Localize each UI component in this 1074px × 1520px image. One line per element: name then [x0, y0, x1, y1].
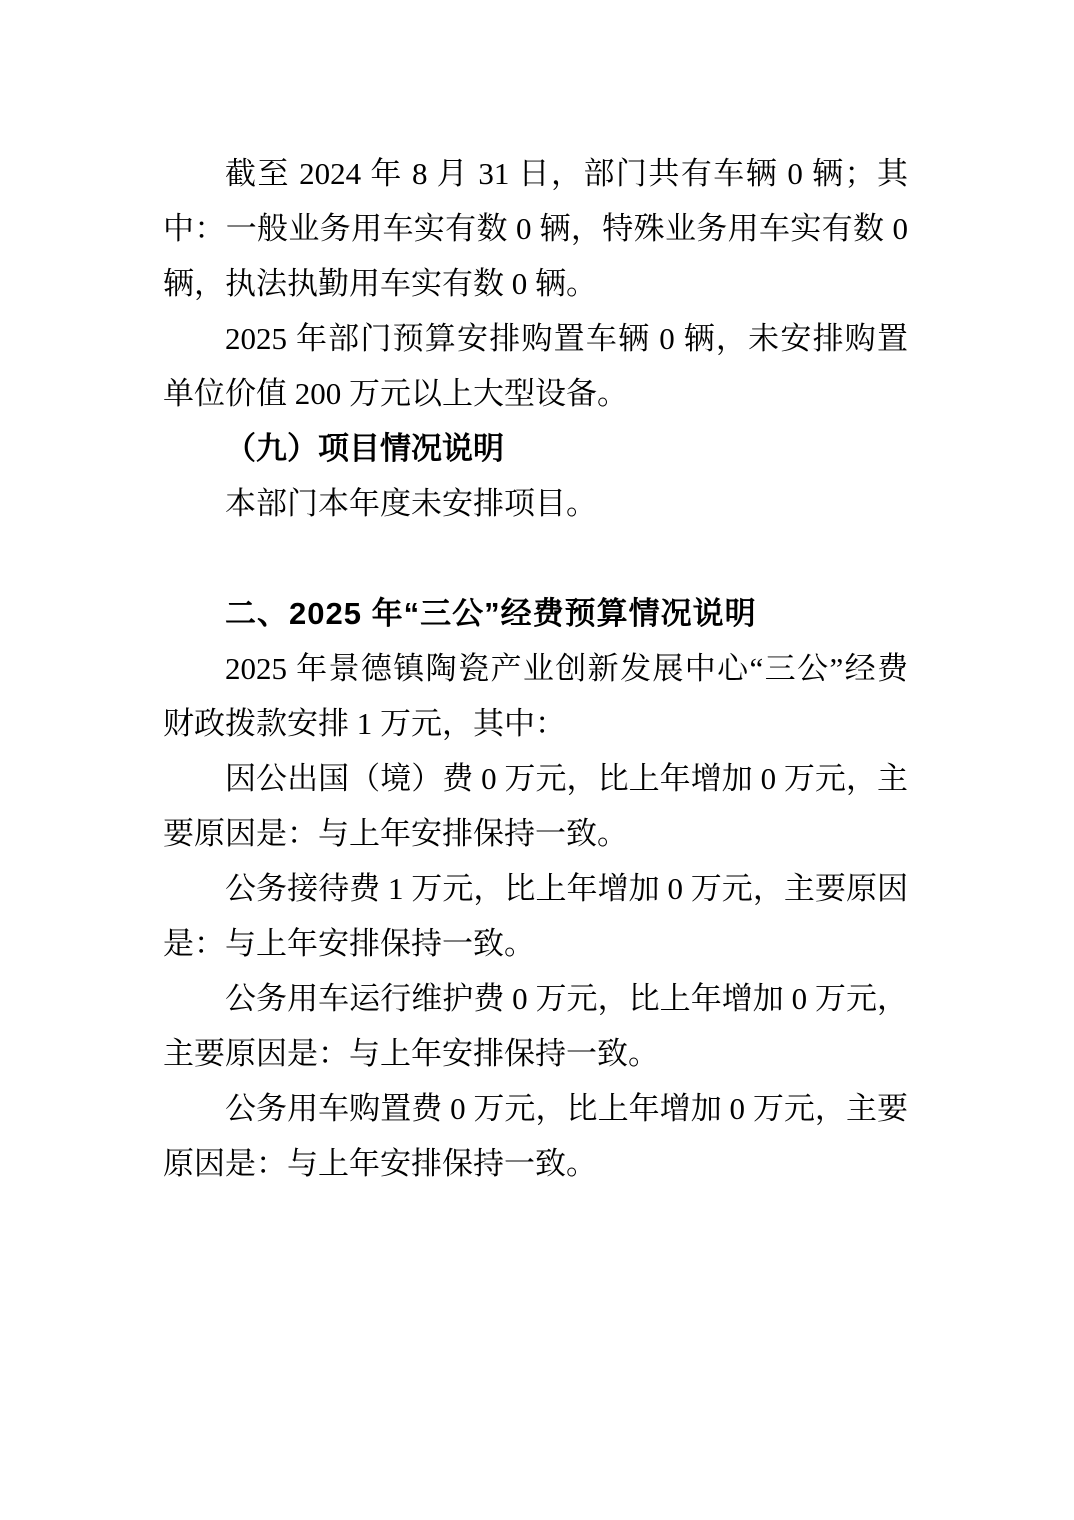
vehicle-operation-fee-paragraph: 公务用车运行维护费 0 万元，比上年增加 0 万元，主要原因是：与上年安排保持一… — [163, 971, 908, 1081]
equipment-purchase-paragraph: 2025 年部门预算安排购置车辆 0 辆，未安排购置单位价值 200 万元以上大… — [163, 311, 908, 421]
overseas-trips-fee-paragraph: 因公出国（境）费 0 万元，比上年增加 0 万元，主要原因是：与上年安排保持一致… — [163, 751, 908, 861]
vehicle-purchase-fee-paragraph: 公务用车购置费 0 万元，比上年增加 0 万元，主要原因是：与上年安排保持一致。 — [163, 1081, 908, 1191]
three-public-funds-heading: 二、2025 年“三公”经费预算情况说明 — [163, 586, 908, 641]
no-projects-paragraph: 本部门本年度未安排项目。 — [163, 476, 908, 531]
blank-line-spacer — [163, 531, 908, 586]
vehicles-count-paragraph: 截至 2024 年 8 月 31 日，部门共有车辆 0 辆；其中：一般业务用车实… — [163, 146, 908, 311]
document-page: 截至 2024 年 8 月 31 日，部门共有车辆 0 辆；其中：一般业务用车实… — [0, 0, 1074, 1520]
official-reception-fee-paragraph: 公务接待费 1 万元，比上年增加 0 万元，主要原因是：与上年安排保持一致。 — [163, 861, 908, 971]
section-nine-heading: （九）项目情况说明 — [163, 421, 908, 476]
three-public-total-paragraph: 2025 年景德镇陶瓷产业创新发展中心“三公”经费财政拨款安排 1 万元，其中： — [163, 641, 908, 751]
